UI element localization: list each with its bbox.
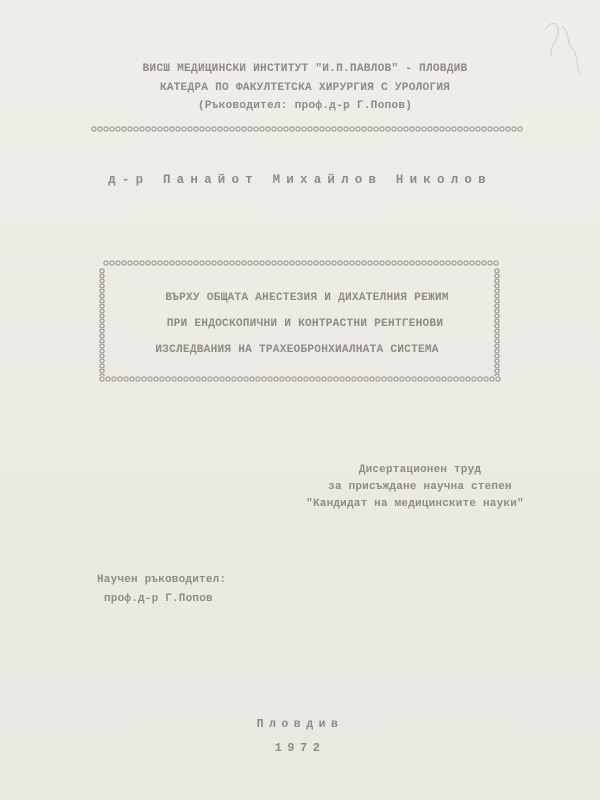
advisor-name: проф.д-р Г.Попов — [104, 593, 213, 605]
department-head: (Ръководител: проф.д-р Г.Попов) — [0, 100, 600, 112]
title-line-1: ВЪРХУ ОБЩАТА АНЕСТЕЗИЯ И ДИХАТЕЛНИЯ РЕЖИ… — [2, 292, 600, 304]
degree-line-3: "Кандидат на медицинските науки" — [270, 498, 560, 510]
title-line-2: ПРИ ЕНДОСКОПИЧНИ И КОНТРАСТНИ РЕНТГЕНОВИ — [0, 318, 600, 330]
scanned-page: ВИСШ МЕДИЦИНСКИ ИНСТИТУТ "И.П.ПАВЛОВ" - … — [0, 0, 600, 800]
degree-line-1: Дисертационен труд — [275, 464, 565, 476]
title-box-top-border — [103, 260, 499, 266]
advisor-label: Научен ръководител: — [97, 574, 226, 586]
header-dotted-divider — [91, 126, 523, 132]
author-name: д-р Панайот Михайлов Николов — [0, 173, 600, 187]
degree-line-2: за присъждане научна степен — [275, 481, 565, 493]
title-box-bottom-border — [99, 376, 501, 382]
year: 1972 — [0, 741, 600, 755]
place: Пловдив — [0, 718, 600, 731]
department-name: КАТЕДРА ПО ФАКУЛТЕТСКА ХИРУРГИЯ С УРОЛОГ… — [0, 82, 600, 94]
title-line-3: ИЗСЛЕДВАНИЯ НА ТРАХЕОБРОНХИАЛНАТА СИСТЕМ… — [0, 344, 600, 356]
institution-name: ВИСШ МЕДИЦИНСКИ ИНСТИТУТ "И.П.ПАВЛОВ" - … — [0, 63, 600, 75]
